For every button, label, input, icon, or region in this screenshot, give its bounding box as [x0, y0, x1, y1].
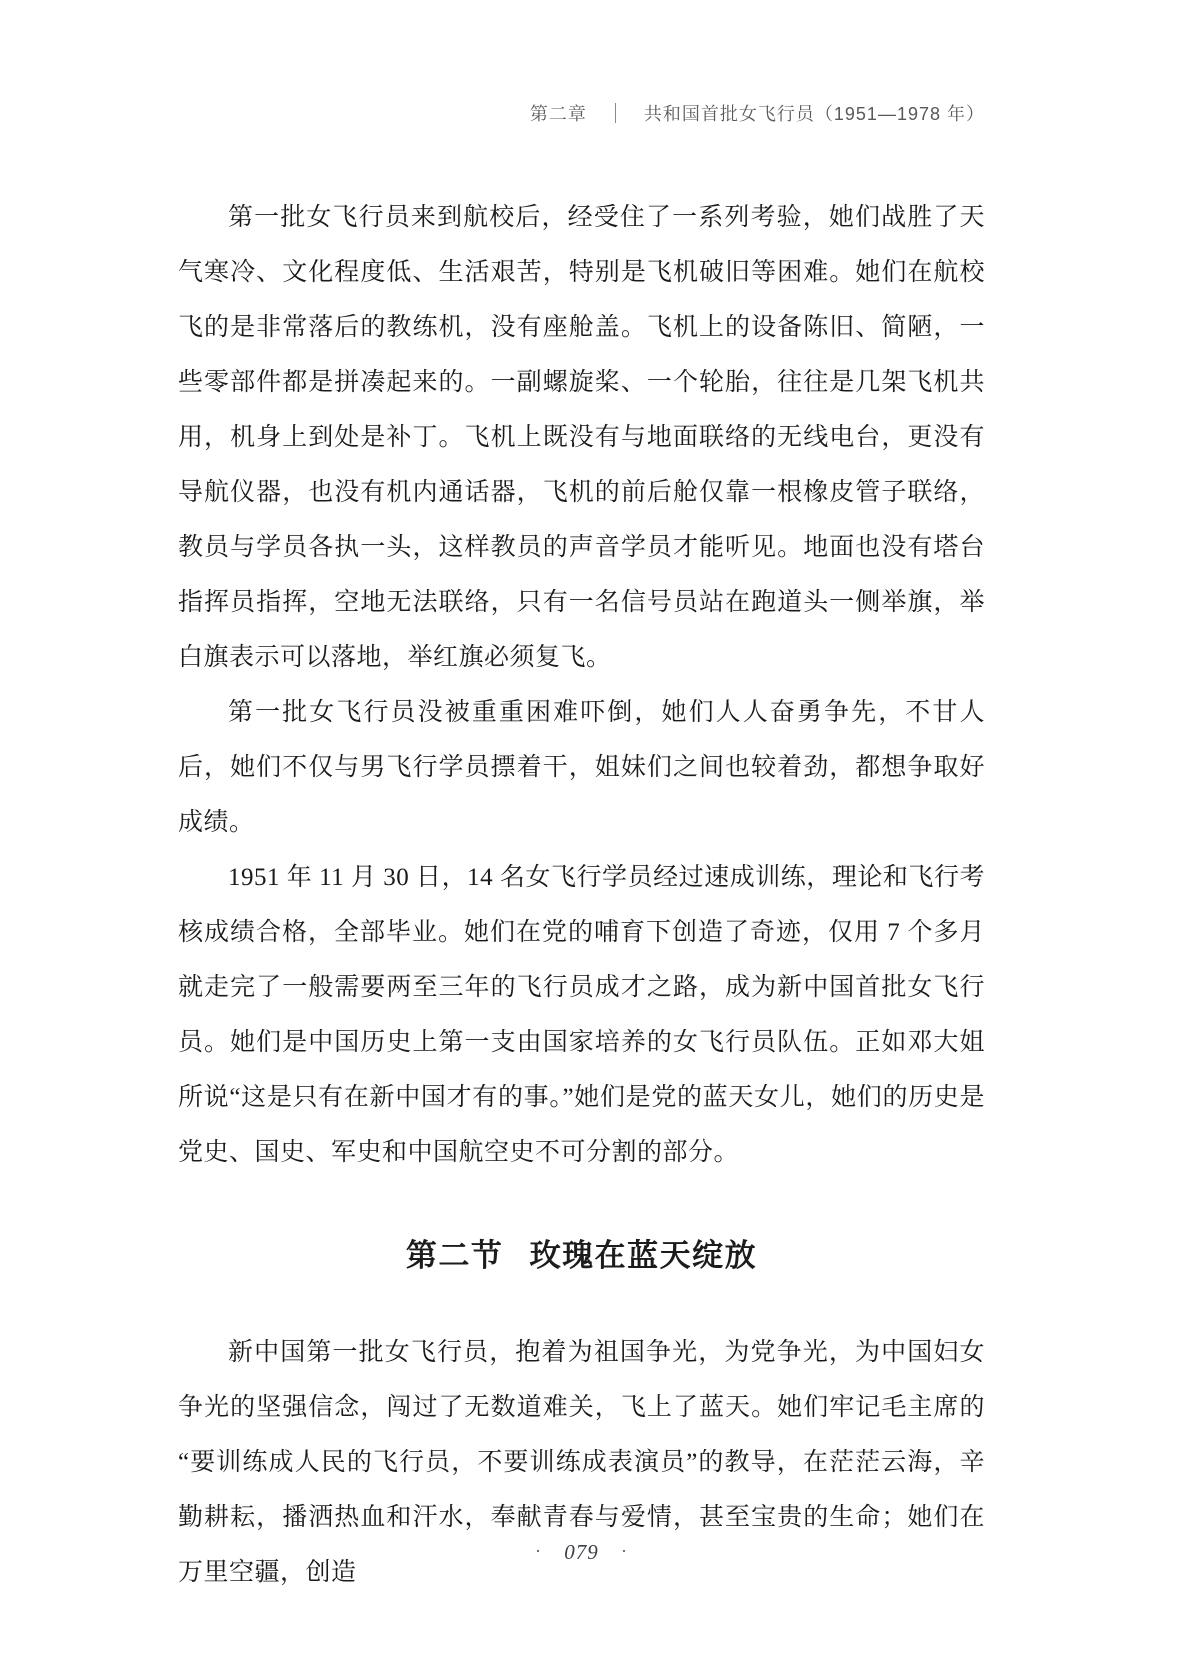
folio-dot-left: · [535, 1541, 542, 1561]
running-head: 第二章 共和国首批女飞行员（1951—1978 年） [530, 100, 985, 126]
header-divider [615, 103, 616, 123]
page-number: · 079 · [178, 1540, 985, 1565]
chapter-label: 第二章 [530, 100, 587, 126]
book-page: 第二章 共和国首批女飞行员（1951—1978 年） 第一批女飞行员来到航校后，… [0, 0, 1191, 1665]
paragraph: 第一批女飞行员没被重重困难吓倒，她们人人奋勇争先，不甘人后，她们不仅与男飞行学员… [178, 685, 985, 850]
folio-number: 079 [564, 1540, 599, 1564]
section-heading: 第二节玫瑰在蓝天绽放 [178, 1235, 985, 1277]
folio-dot-right: · [621, 1541, 628, 1561]
section-number: 第二节 [406, 1238, 504, 1273]
paragraph: 第一批女飞行员来到航校后，经受住了一系列考验，她们战胜了天气寒冷、文化程度低、生… [178, 190, 985, 685]
chapter-title: 共和国首批女飞行员（1951—1978 年） [644, 100, 985, 126]
section-title: 玫瑰在蓝天绽放 [530, 1238, 758, 1273]
paragraph: 1951 年 11 月 30 日，14 名女飞行学员经过速成训练，理论和飞行考核… [178, 850, 985, 1180]
text-block: 第一批女飞行员来到航校后，经受住了一系列考验，她们战胜了天气寒冷、文化程度低、生… [178, 190, 985, 1600]
